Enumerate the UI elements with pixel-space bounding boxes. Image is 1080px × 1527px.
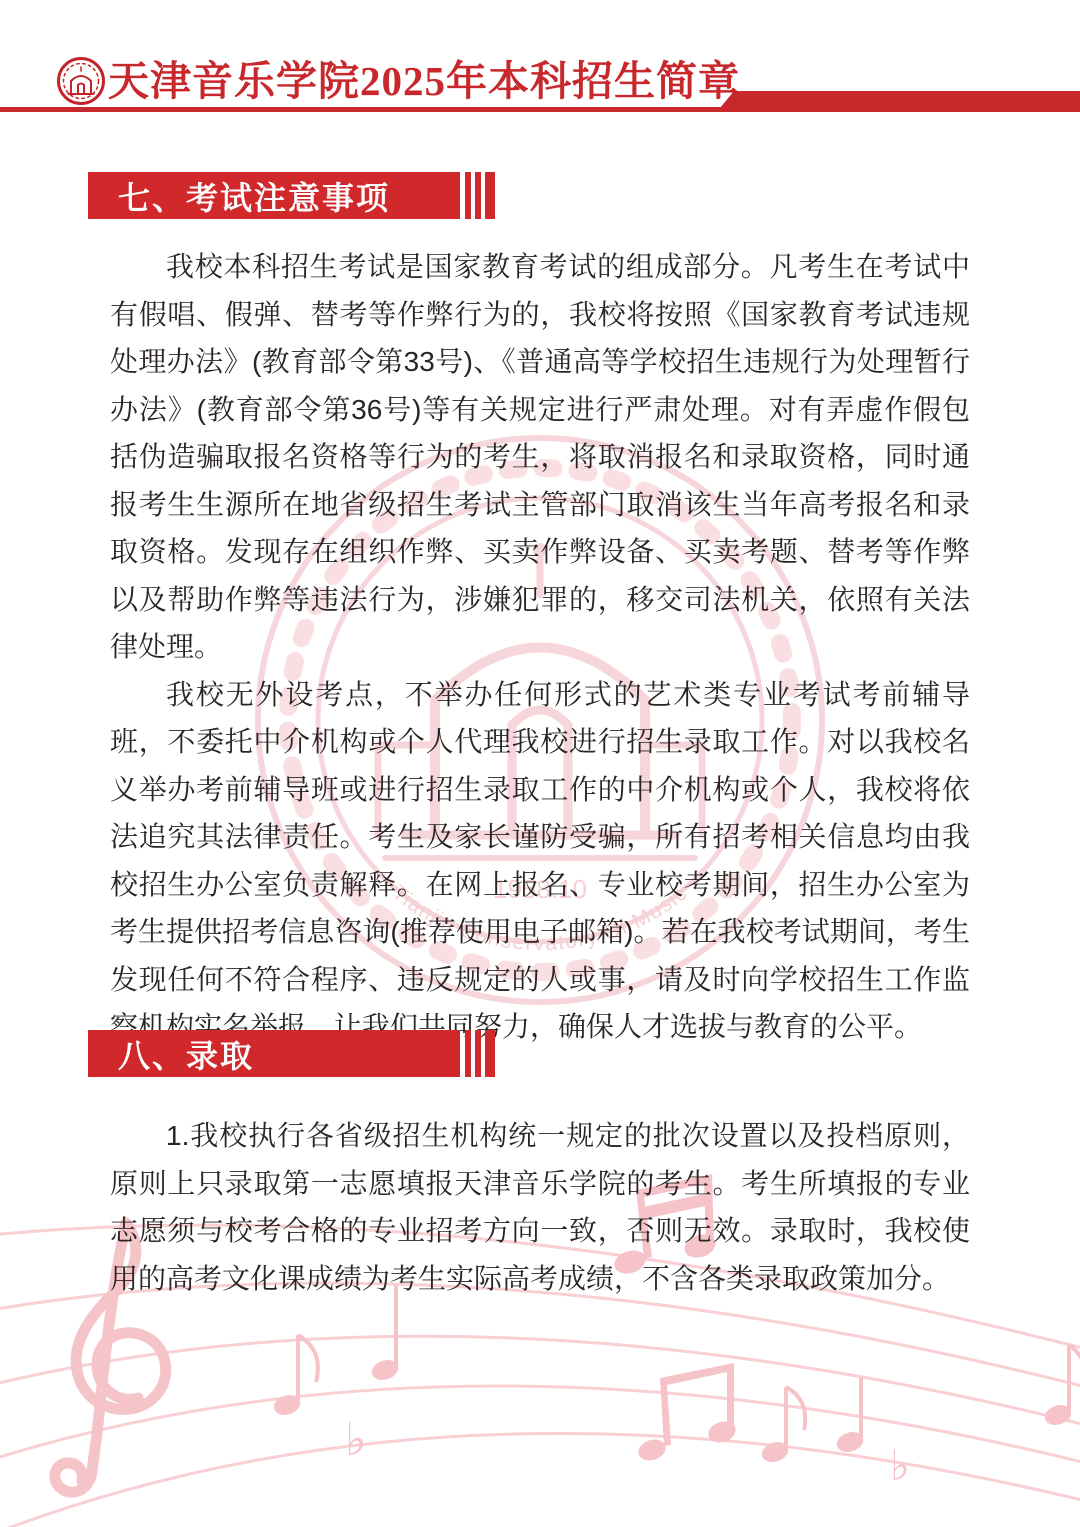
banner-stripe	[475, 172, 481, 219]
section-banner-admission: 八、录取	[88, 1030, 495, 1077]
header-rule-thick	[720, 91, 1080, 108]
paragraph: 我校无外设考点，不举办任何形式的艺术类专业考试考前辅导班，不委托中介机构或个人代…	[110, 671, 970, 1051]
beamed-notes-icon	[636, 1363, 739, 1464]
paragraph: 1.我校执行各省级招生机构统一规定的批次设置以及投档原则，原则上只录取第一志愿填…	[110, 1112, 970, 1302]
banner-stripe	[465, 172, 471, 219]
music-note-icon	[760, 1387, 805, 1465]
banner-stripe	[485, 172, 495, 219]
banner-stripe	[465, 1030, 471, 1077]
section-banner-label: 七、考试注意事项	[88, 172, 460, 219]
paragraph: 我校本科招生考试是国家教育考试的组成部分。凡考生在考试中有假唱、假弹、替考等作弊…	[110, 243, 970, 671]
section-banner-exam-notes: 七、考试注意事项	[88, 172, 495, 219]
flat-symbol-icon: ♭	[345, 1412, 367, 1466]
brochure-page: 天津音乐学院2025年本科招生简章 1958.10 Tianjin Conser…	[0, 0, 1080, 1527]
exam-notes-text: 我校本科招生考试是国家教育考试的组成部分。凡考生在考试中有假唱、假弹、替考等作弊…	[110, 243, 970, 1051]
school-seal-icon	[56, 56, 106, 106]
section-banner-label: 八、录取	[88, 1030, 460, 1077]
flat-symbol-icon: ♭	[890, 1441, 910, 1490]
banner-stripe	[475, 1030, 481, 1077]
admission-text: 1.我校执行各省级招生机构统一规定的批次设置以及投档原则，原则上只录取第一志愿填…	[110, 1112, 970, 1302]
music-note-icon	[1043, 1345, 1080, 1428]
page-title: 天津音乐学院2025年本科招生简章	[108, 56, 740, 106]
music-note-icon	[272, 1335, 318, 1418]
banner-stripe	[485, 1030, 495, 1077]
